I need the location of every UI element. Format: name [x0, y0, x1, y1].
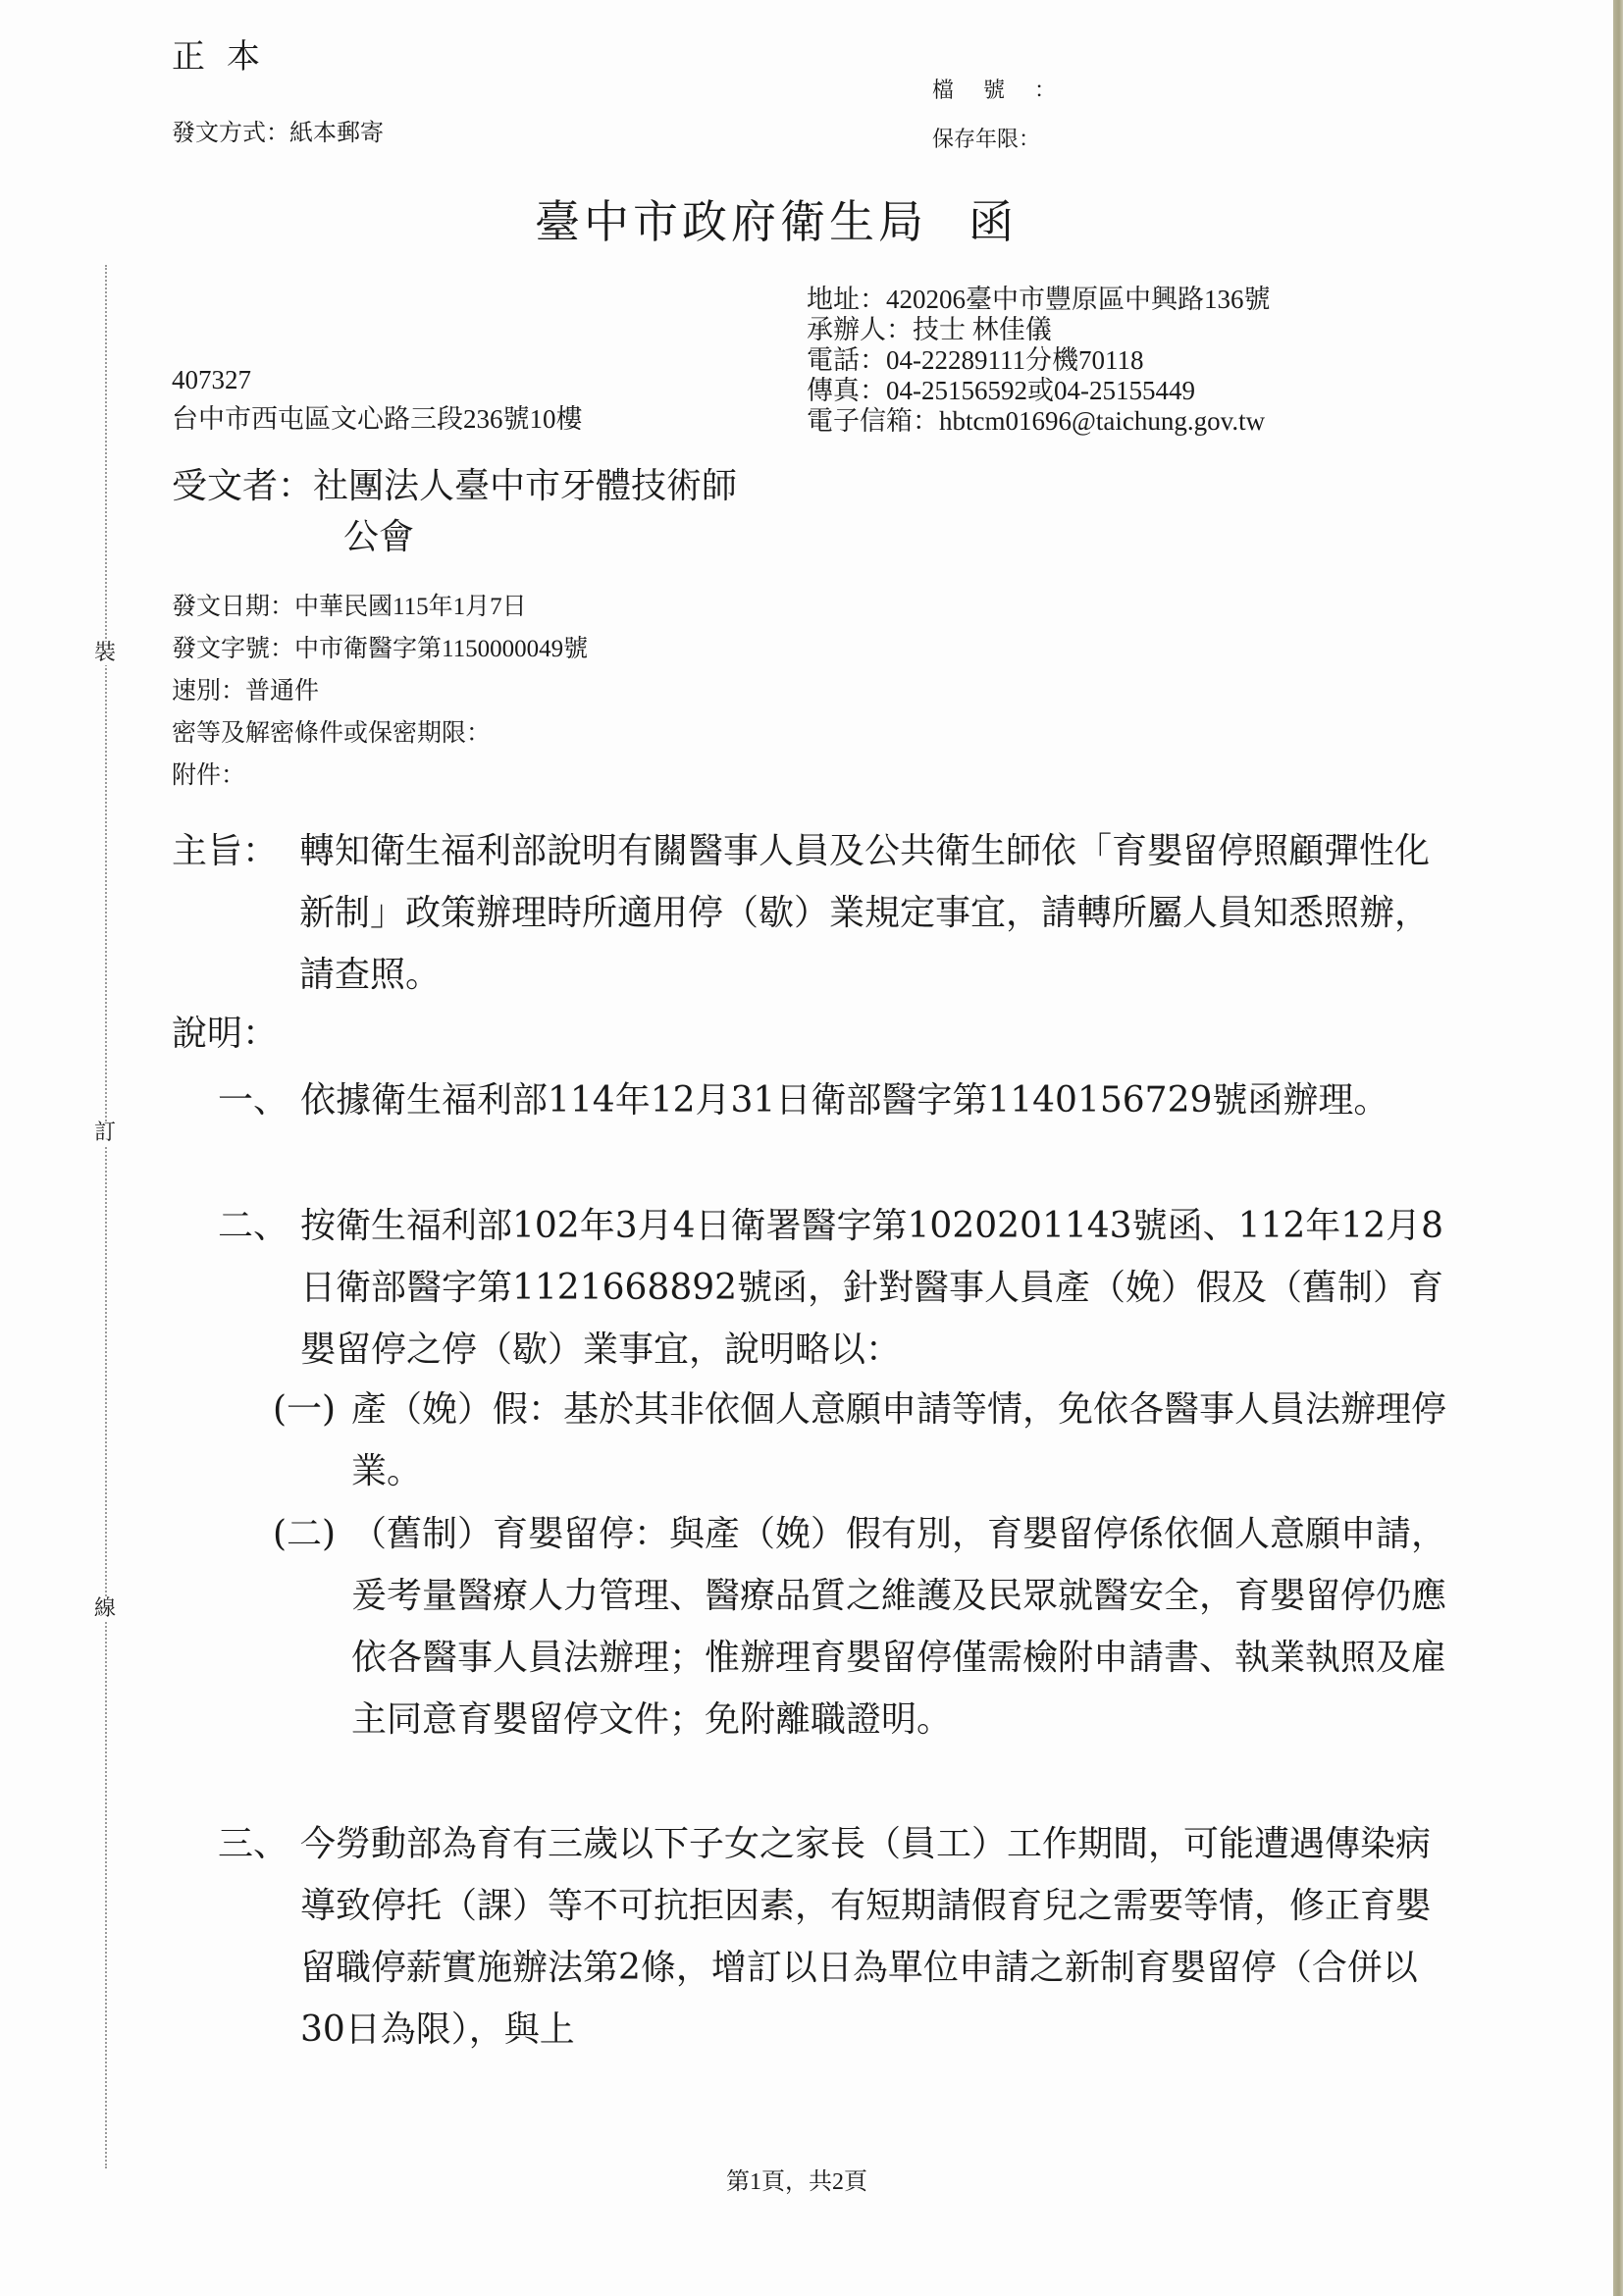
agency-name: 臺中市政府衛生局: [535, 195, 927, 248]
sender-address: 地址：420206臺中市豐原區中興路136號: [807, 285, 1271, 315]
recipient-name-line1: 社團法人臺中市牙體技術師: [313, 466, 737, 506]
subitem-number: (二): [273, 1503, 336, 1565]
subitem-text: 產（娩）假：基於其非依個人意願申請等情，免依各醫事人員法辦理停業。: [351, 1379, 1457, 1502]
binding-mark-xian: 線: [93, 1597, 117, 1621]
issue-date: 發文日期：中華民國115年1月7日: [172, 586, 588, 628]
document-title: 臺中市政府衛生局函: [535, 186, 1018, 251]
explanation-label: 說明：: [172, 1006, 278, 1056]
attachments: 附件：: [172, 755, 588, 797]
sender-contact: 地址：420206臺中市豐原區中興路136號 承辦人：技士 林佳儀 電話：04-…: [807, 285, 1271, 437]
item-number: 三、: [218, 1813, 288, 1875]
document-type: 函: [969, 195, 1018, 248]
original-copy-stamp: 正本: [172, 29, 282, 78]
recipient-label: 受文者：: [172, 466, 313, 506]
recipient-mailing-address: 407327 台中市西屯區文心路三段236號10樓: [172, 360, 583, 439]
file-number-label: 檔號: [932, 78, 1034, 103]
subject-label: 主旨：: [172, 820, 278, 882]
binding-line: [105, 265, 107, 2168]
explanation-subitem-2-2: (二) （舊制）育嬰留停：與產（娩）假有別，育嬰留停係依個人意願申請，爰考量醫療…: [273, 1503, 1457, 1750]
email: 電子信箱：hbtcm01696@taichung.gov.tw: [807, 406, 1271, 437]
binding-mark-zhuang: 裝: [93, 642, 117, 665]
confidentiality: 密等及解密條件或保密期限：: [172, 712, 588, 755]
retention-period: 保存年限：: [932, 123, 1040, 153]
item-number: 一、: [218, 1070, 288, 1131]
subitem-number: (一): [273, 1379, 336, 1440]
binding-mark-ding: 訂: [93, 1122, 117, 1145]
urgency: 速別：普通件: [172, 670, 588, 712]
explanation-item-1: 一、 依據衛生福利部114年12月31日衛部醫字第1140156729號函辦理。: [218, 1070, 1457, 1131]
file-number: 檔號：: [932, 74, 1056, 104]
page-indicator: 第1頁，共2頁: [726, 2162, 867, 2196]
recipient: 受文者：社團法人臺中市牙體技術師 公會: [172, 461, 737, 563]
subject-section: 主旨： 轉知衛生福利部說明有關醫事人員及公共衛生師依「育嬰留停照顧彈性化新制」政…: [172, 820, 1457, 1006]
recipient-street-address: 台中市西屯區文心路三段236號10樓: [172, 399, 583, 439]
send-method: 發文方式：紙本郵寄: [172, 113, 384, 147]
issue-number: 發文字號：中市衛醫字第1150000049號: [172, 628, 588, 670]
handler: 承辦人：技士 林佳儀: [807, 315, 1271, 345]
item-text: 依據衛生福利部114年12月31日衛部醫字第1140156729號函辦理。: [300, 1070, 1457, 1131]
recipient-name-line2: 公會: [172, 512, 737, 563]
fax: 傳真：04-25156592或04-25155449: [807, 376, 1271, 406]
retention-label: 保存年限：: [932, 128, 1040, 152]
explanation-item-3: 三、 今勞動部為育有三歲以下子女之家長（員工）工作期間，可能遭遇傳染病導致停托（…: [218, 1813, 1457, 2061]
postal-code: 407327: [172, 360, 583, 399]
document-meta: 發文日期：中華民國115年1月7日 發文字號：中市衛醫字第1150000049號…: [172, 586, 588, 797]
subitem-text: （舊制）育嬰留停：與產（娩）假有別，育嬰留停係依個人意願申請，爰考量醫療人力管理…: [351, 1503, 1457, 1750]
phone: 電話：04-22289111分機70118: [807, 345, 1271, 376]
file-number-colon: ：: [1034, 78, 1056, 103]
item-number: 二、: [218, 1195, 288, 1257]
item-text: 按衛生福利部102年3月4日衛署醫字第1020201143號函、112年12月8…: [300, 1195, 1457, 1381]
scan-edge: [1613, 0, 1623, 2296]
item-text: 今勞動部為育有三歲以下子女之家長（員工）工作期間，可能遭遇傳染病導致停托（課）等…: [300, 1813, 1457, 2061]
subject-text: 轉知衛生福利部說明有關醫事人員及公共衛生師依「育嬰留停照顧彈性化新制」政策辦理時…: [299, 820, 1457, 1006]
explanation-item-2: 二、 按衛生福利部102年3月4日衛署醫字第1020201143號函、112年1…: [218, 1195, 1457, 1381]
explanation-subitem-2-1: (一) 產（娩）假：基於其非依個人意願申請等情，免依各醫事人員法辦理停業。: [273, 1379, 1457, 1502]
